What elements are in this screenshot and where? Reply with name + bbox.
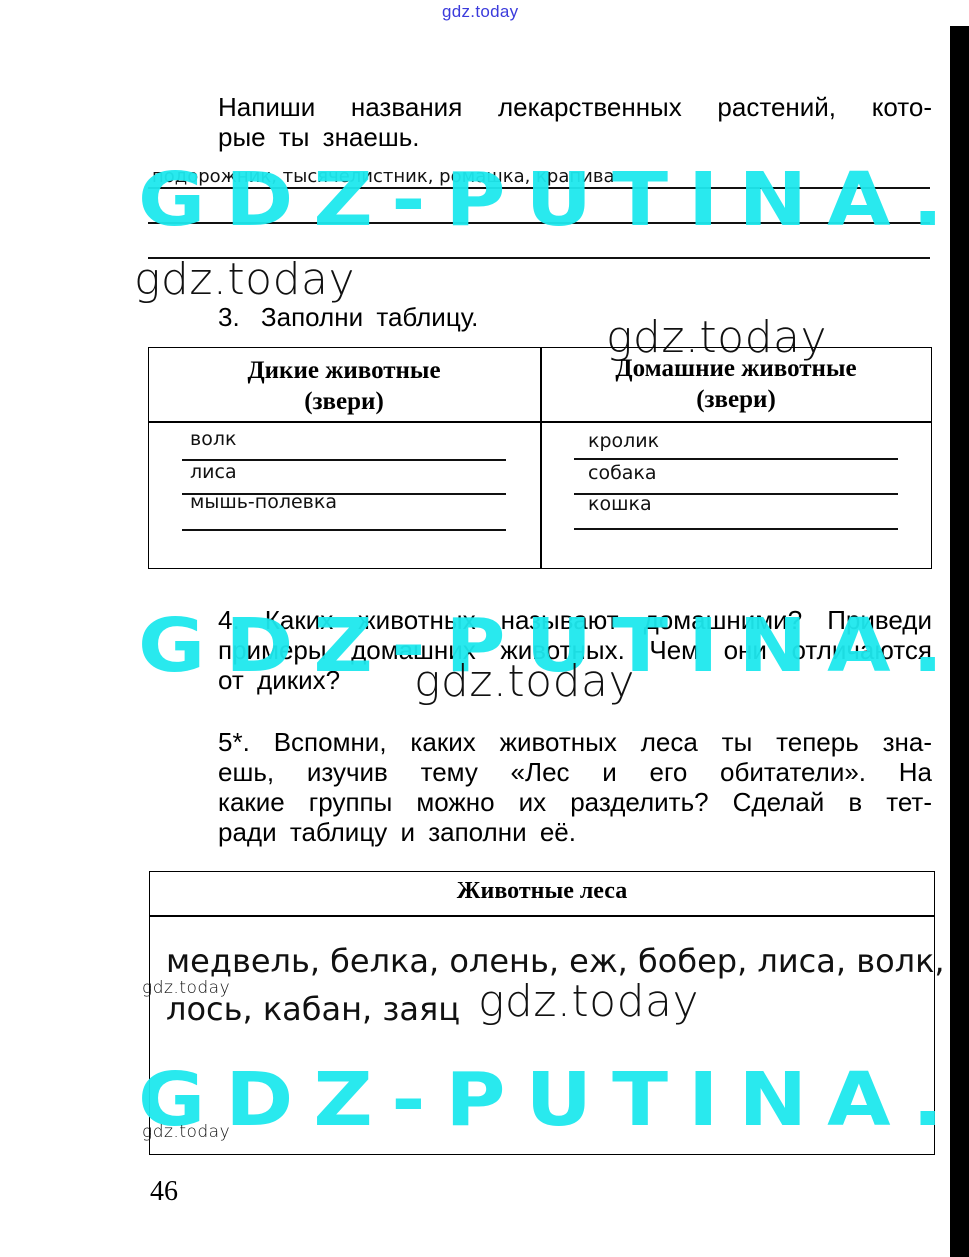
task-5-line-2: ешь, изучив тему «Лес и его обитатели». … [218,757,932,787]
domestic-animal-item[interactable]: кролик [588,430,659,452]
task-5-line-3: какие группы можно их разделить? Сделай … [218,787,932,817]
header-wild-line-1: Дикие животные [148,355,540,386]
watermark-site: gdz.today [478,976,699,1027]
task-5-prompt: 5*. Вспомни, каких животных леса ты тепе… [218,727,932,847]
table-header-divider [149,915,935,917]
watermark-top: gdz.today [442,2,518,22]
header-domestic-animals: Домашние животные (звери) [540,353,932,415]
task-3-text: Заполни таблицу. [261,302,478,332]
task-2-line-1: Напиши названия лекарственных растений, … [218,92,932,122]
watermark-cyan: GDZ-PUTINA.RU [138,164,969,238]
answer-line [182,529,506,531]
header-wild-line-2: (звери) [148,386,540,417]
watermark-site: gdz.today [134,254,355,305]
page-number: 46 [150,1176,178,1208]
answer-line [574,458,898,460]
task-5-line-1: Вспомни, каких животных леса ты теперь з… [274,727,932,757]
header-wild-animals: Дикие животные (звери) [148,355,540,417]
task-2-prompt: Напиши названия лекарственных растений, … [218,92,932,152]
table-header-divider [148,421,932,423]
domestic-animal-item[interactable]: кошка [588,493,652,515]
task-5-number: 5*. [218,727,250,757]
task-2-line-2: рые ты знаешь. [218,122,419,152]
watermark-cyan: GDZ-PUTINA.RU [138,1064,969,1138]
forest-animals-answer-line-1[interactable]: медвель, белка, олень, еж, бобер, лиса, … [166,942,945,980]
header-domestic-line-2: (звери) [540,384,932,415]
forest-animals-header: Животные леса [149,878,935,905]
wild-animal-item[interactable]: волк [190,428,236,450]
header-domestic-line-1: Домашние животные [540,353,932,384]
domestic-animal-item[interactable]: собака [588,462,657,484]
answer-line [574,528,898,530]
task-3-prompt: 3. Заполни таблицу. [218,302,478,332]
watermark-site-small: gdz.today [142,1122,230,1142]
wild-animal-item[interactable]: лиса [190,461,237,483]
task-3-number: 3. [218,302,240,332]
wild-animal-item[interactable]: мышь-полевка [190,491,337,513]
watermark-site-small: gdz.today [142,978,230,998]
task-5-line-4: ради таблицу и заполни её. [218,817,932,847]
watermark-site: gdz.today [414,656,635,707]
